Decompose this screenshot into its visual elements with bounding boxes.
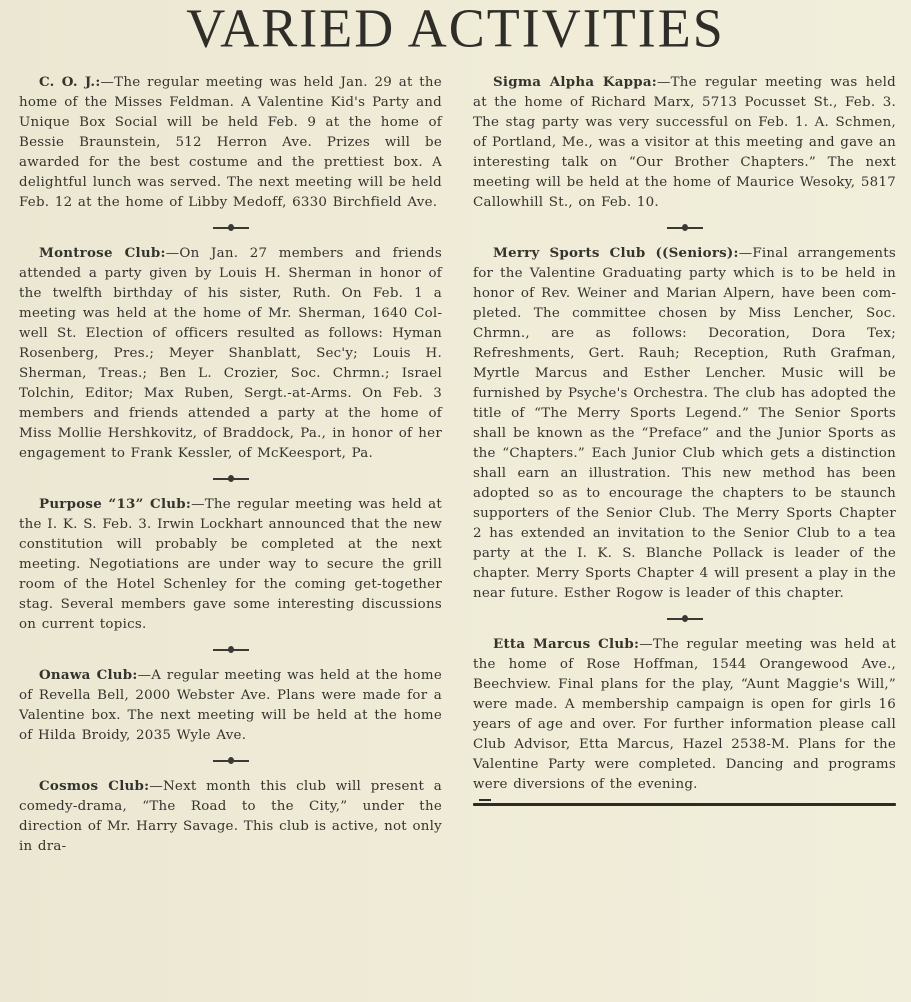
- club-name: Merry Sports Club ((Seniors):: [493, 245, 739, 261]
- club-item-montrose: Montrose Club:—On Jan. 27 members and fr…: [19, 243, 442, 464]
- club-text: —The regular meeting was held at the I. …: [19, 497, 442, 632]
- club-item-merry-sports: Merry Sports Club ((Seniors):—Final ar­r…: [473, 243, 896, 604]
- club-text: —The regular meeting was held at the hom…: [473, 75, 896, 210]
- club-text: —The regular meeting was held Jan. 29 at…: [19, 75, 442, 210]
- club-item-cosmos: Cosmos Club:—Next month this club will p…: [19, 776, 442, 857]
- club-name: Montrose Club:: [39, 245, 166, 261]
- club-item-onawa: Onawa Club:—A regular meeting was held a…: [19, 665, 442, 746]
- ornament-separator-icon: [19, 213, 442, 243]
- right-column: Sigma Alpha Kappa:—The regular meeting w…: [473, 72, 896, 806]
- ornament-separator-icon: [473, 213, 896, 243]
- club-text: —Final ar­rangements for the Valentine G…: [473, 246, 896, 601]
- club-text: —On Jan. 27 members and friends attended…: [19, 246, 442, 461]
- club-item-coj: C. O. J.:—The regular meeting was held J…: [19, 72, 442, 213]
- ornament-separator-icon: [19, 464, 442, 494]
- club-name: Onawa Club:: [39, 667, 138, 683]
- left-column: C. O. J.:—The regular meeting was held J…: [19, 72, 442, 857]
- club-text: —The regular meeting was held at the hom…: [473, 637, 896, 792]
- ornament-separator-icon: [19, 746, 442, 776]
- page-title: VARIED ACTIVITIES: [0, 0, 911, 63]
- club-item-purpose-13: Purpose “13” Club:—The regular meeting w…: [19, 494, 442, 635]
- club-name: Cosmos Club:: [39, 778, 149, 794]
- section-end-rule: [473, 803, 896, 806]
- club-name: Purpose “13” Club:: [39, 496, 191, 512]
- ornament-separator-icon: [473, 604, 896, 634]
- club-name: C. O. J.:: [39, 74, 101, 90]
- club-name: Sigma Alpha Kappa:: [493, 74, 657, 90]
- ornament-separator-icon: [19, 635, 442, 665]
- club-name: Etta Marcus Club:: [493, 636, 639, 652]
- club-item-sigma-alpha-kappa: Sigma Alpha Kappa:—The regular meeting w…: [473, 72, 896, 213]
- magazine-page: VARIED ACTIVITIES C. O. J.:—The regular …: [0, 0, 911, 1002]
- club-item-etta-marcus: Etta Marcus Club:—The regular meeting wa…: [473, 634, 896, 795]
